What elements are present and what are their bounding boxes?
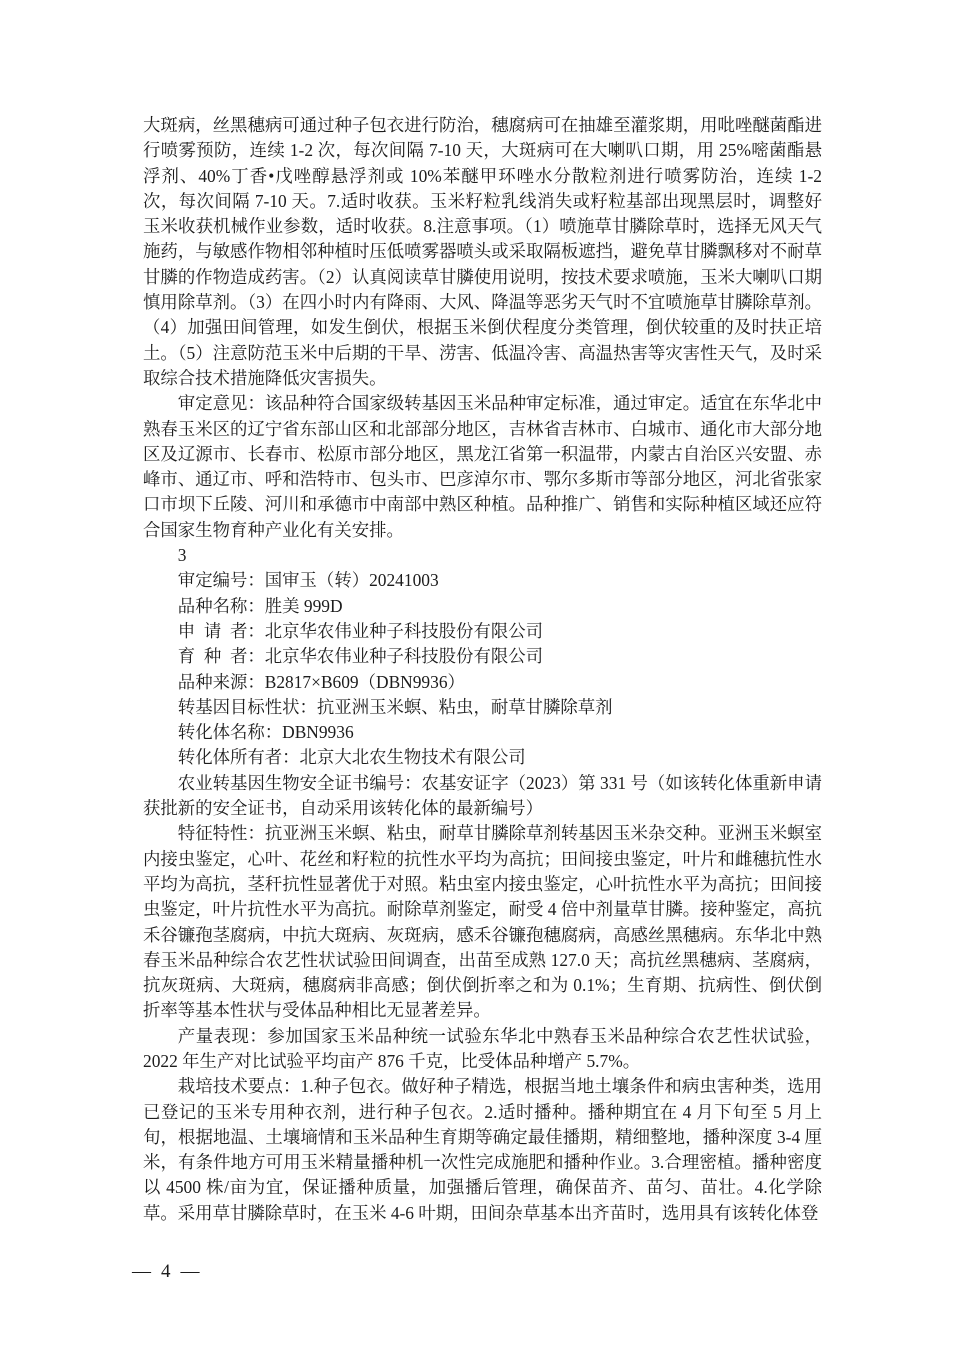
field-approval-number: 审定编号：国审玉（转）20241003 — [143, 568, 822, 593]
page-number: 4 — [161, 1261, 171, 1282]
field-applicant: 申 请 者：北京华农伟业种子科技股份有限公司 — [143, 619, 822, 644]
document-page: 大斑病，丝黑穗病可通过种子包衣进行防治，穗腐病可在抽雄至灌浆期，用吡唑醚菌酯进行… — [0, 0, 960, 1358]
field-gm-target-traits: 转基因目标性状：抗亚洲玉米螟、粘虫，耐草甘膦除草剂 — [143, 695, 822, 720]
field-transformation-event-owner: 转化体所有者：北京大北农生物技术有限公司 — [143, 745, 822, 770]
page-footer: —4— — [132, 1258, 200, 1286]
paragraph-disease-control-continued: 大斑病，丝黑穗病可通过种子包衣进行防治，穗腐病可在抽雄至灌浆期，用吡唑醚菌酯进行… — [143, 113, 822, 391]
field-variety-origin: 品种来源：B2817×B609（DBN9936） — [143, 670, 822, 695]
document-body: 大斑病，丝黑穗病可通过种子包衣进行防治，穗腐病可在抽雄至灌浆期，用吡唑醚菌酯进行… — [143, 113, 822, 1226]
paragraph-characteristics: 特征特性：抗亚洲玉米螟、粘虫，耐草甘膦除草剂转基因玉米杂交种。亚洲玉米螟室内接虫… — [143, 821, 822, 1023]
paragraph-yield-performance: 产量表现：参加国家玉米品种统一试验东华北中熟春玉米品种综合农艺性状试验，2022… — [143, 1024, 822, 1075]
paragraph-cultivation-techniques: 栽培技术要点：1.种子包衣。做好种子精选，根据当地土壤条件和病虫害种类，选用已登… — [143, 1074, 822, 1226]
variety-entry-number: 3 — [143, 543, 822, 568]
field-biosafety-certificate-number: 农业转基因生物安全证书编号：农基安证字（2023）第 331 号（如该转化体重新… — [143, 771, 822, 822]
footer-dash-left: — — [132, 1261, 151, 1282]
field-breeder: 育 种 者：北京华农伟业种子科技股份有限公司 — [143, 644, 822, 669]
field-transformation-event-name: 转化体名称：DBN9936 — [143, 720, 822, 745]
paragraph-approval-opinion: 审定意见：该品种符合国家级转基因玉米品种审定标准，通过审定。适宜在东华北中熟春玉… — [143, 391, 822, 543]
field-variety-name: 品种名称：胜美 999D — [143, 594, 822, 619]
footer-dash-right: — — [181, 1261, 200, 1282]
